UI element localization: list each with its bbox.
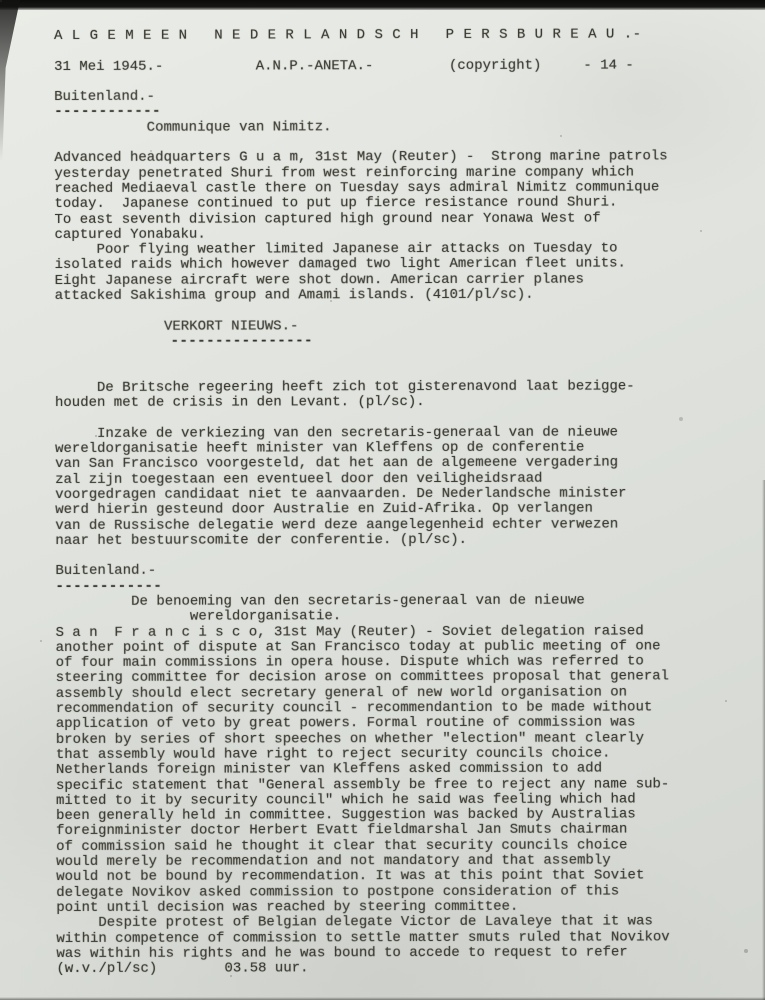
- photo-edge-top-left: [0, 0, 20, 170]
- photo-edge-top: [0, 0, 765, 10]
- body-line: today. Japanese continued to put up fier…: [54, 195, 757, 212]
- article-heading: wereldorganisatie.: [56, 608, 759, 625]
- section-rule: ----------------: [55, 333, 758, 350]
- section-label: Buitenland.-: [54, 88, 757, 105]
- dateline: 31 Mei 1945.- A.N.P.-ANETA.- (copyright)…: [54, 58, 757, 75]
- sign-off-line: (w.v./pl/sc) 03.58 uur.: [56, 960, 759, 977]
- body-line: werd hierin gesteund door Australie en Z…: [55, 501, 758, 518]
- masthead-line: A L G E M E E N N E D E R L A N D S C H …: [54, 27, 757, 44]
- body-line: would not be bound by recommendation. It…: [56, 868, 759, 885]
- body-line: van San Francisco voorgesteld, dat het a…: [55, 455, 758, 472]
- blank-line: [55, 547, 758, 564]
- paper-speckles: [0, 0, 2, 2]
- body-line: attacked Sakishima group and Amami islan…: [55, 287, 758, 304]
- article-heading: Communique van Nimitz.: [54, 119, 757, 136]
- typed-text-block: A L G E M E E N N E D E R L A N D S C H …: [54, 27, 759, 977]
- press-bulletin-page: A L G E M E E N N E D E R L A N D S C H …: [0, 0, 765, 1000]
- body-line: naar het bestuurscomite der conferentie.…: [55, 532, 758, 549]
- section-label: Buitenland.-: [55, 563, 758, 580]
- blank-line: [55, 303, 758, 320]
- section-rule: ------------: [54, 104, 757, 121]
- blank-line: [54, 73, 757, 90]
- body-line: houden met de crisis in den Levant. (pl/…: [55, 394, 758, 411]
- body-line: To east seventh division captured high g…: [54, 211, 757, 228]
- blank-line: [54, 42, 757, 59]
- blank-line: [55, 348, 758, 365]
- body-line: was within his rights and he was bound t…: [56, 945, 759, 962]
- article-heading: De benoeming van den secretaris-generaal…: [55, 593, 758, 610]
- section-heading: VERKORT NIEUWS.-: [55, 318, 758, 335]
